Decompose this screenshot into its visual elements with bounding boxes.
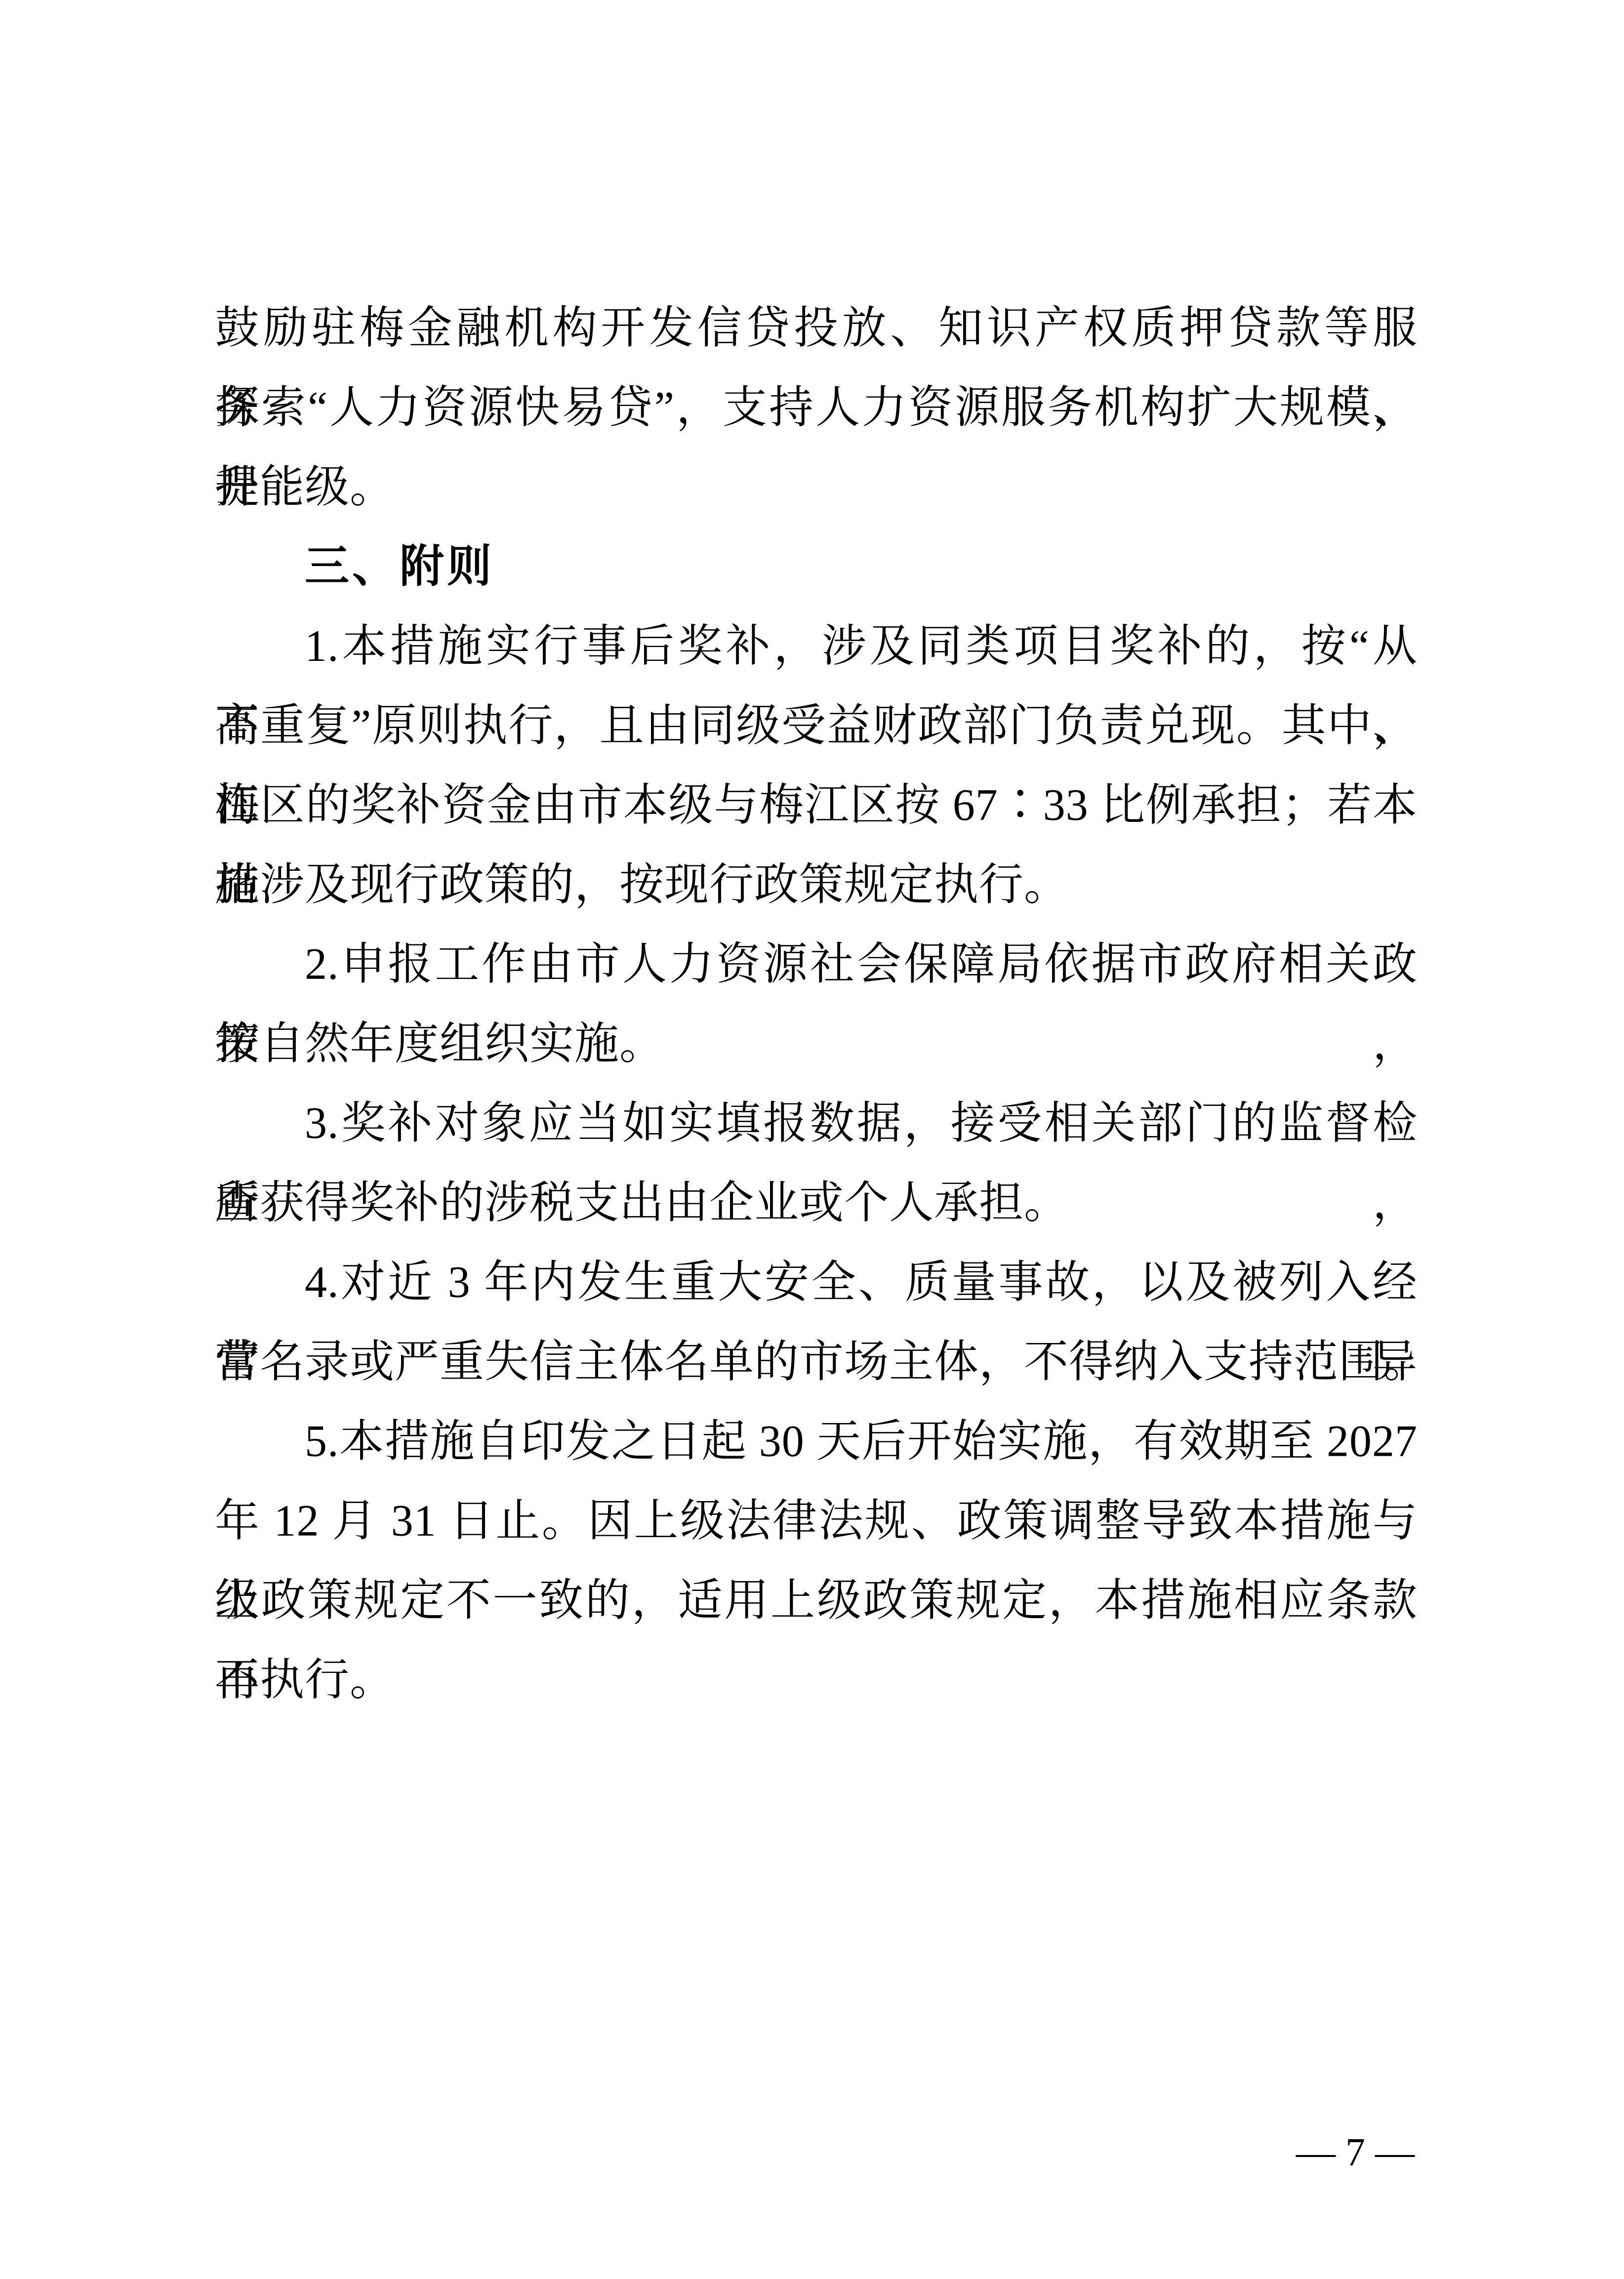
paragraph-line: 2.申报工作由市人力资源社会保障局依据市政府相关政策， [215, 925, 1418, 1004]
paragraph-line: 级政策规定不一致的，适用上级政策规定，本措施相应条款不 [215, 1561, 1418, 1640]
paragraph-line: 常名录或严重失信主体名单的市场主体，不得纳入支持范围。 [215, 1322, 1418, 1402]
paragraph-line: 探索“人力资源快易贷”，支持人力资源服务机构扩大规模、提 [215, 368, 1418, 448]
paragraph-line: 鼓励驻梅金融机构开发信贷投放、知识产权质押贷款等服务， [215, 288, 1418, 368]
paragraph-line: 江区的奖补资金由市本级与梅江区按 67∶33 比例承担；若本措 [215, 766, 1418, 845]
page-number: — 7 — [1296, 2133, 1415, 2172]
paragraph-line: 不重复”原则执行，且由同级受益财政部门负责兑现。其中，梅 [215, 686, 1418, 766]
paragraph-line: 年 12 月 31 日止。因上级法律法规、政策调整导致本措施与上 [215, 1481, 1418, 1561]
section-heading: 三、附则 [215, 527, 1418, 607]
paragraph-line: 1.本措施实行事后奖补，涉及同类项目奖补的，按“从高、 [215, 607, 1418, 686]
paragraph-line: 施涉及现行政策的，按现行政策规定执行。 [215, 845, 1418, 925]
paragraph-line: 升能级。 [215, 448, 1418, 527]
document-body: 鼓励驻梅金融机构开发信贷投放、知识产权质押贷款等服务， 探索“人力资源快易贷”，… [215, 288, 1418, 1720]
document-page: 鼓励驻梅金融机构开发信贷投放、知识产权质押贷款等服务， 探索“人力资源快易贷”，… [0, 0, 1624, 2279]
paragraph-line: 4.对近 3 年内发生重大安全、质量事故，以及被列入经营异 [215, 1243, 1418, 1322]
paragraph-line: 再执行。 [215, 1640, 1418, 1720]
paragraph-line: 3.奖补对象应当如实填报数据，接受相关部门的监督检查， [215, 1084, 1418, 1163]
paragraph-line: 5.本措施自印发之日起 30 天后开始实施，有效期至 2027 [215, 1402, 1418, 1481]
